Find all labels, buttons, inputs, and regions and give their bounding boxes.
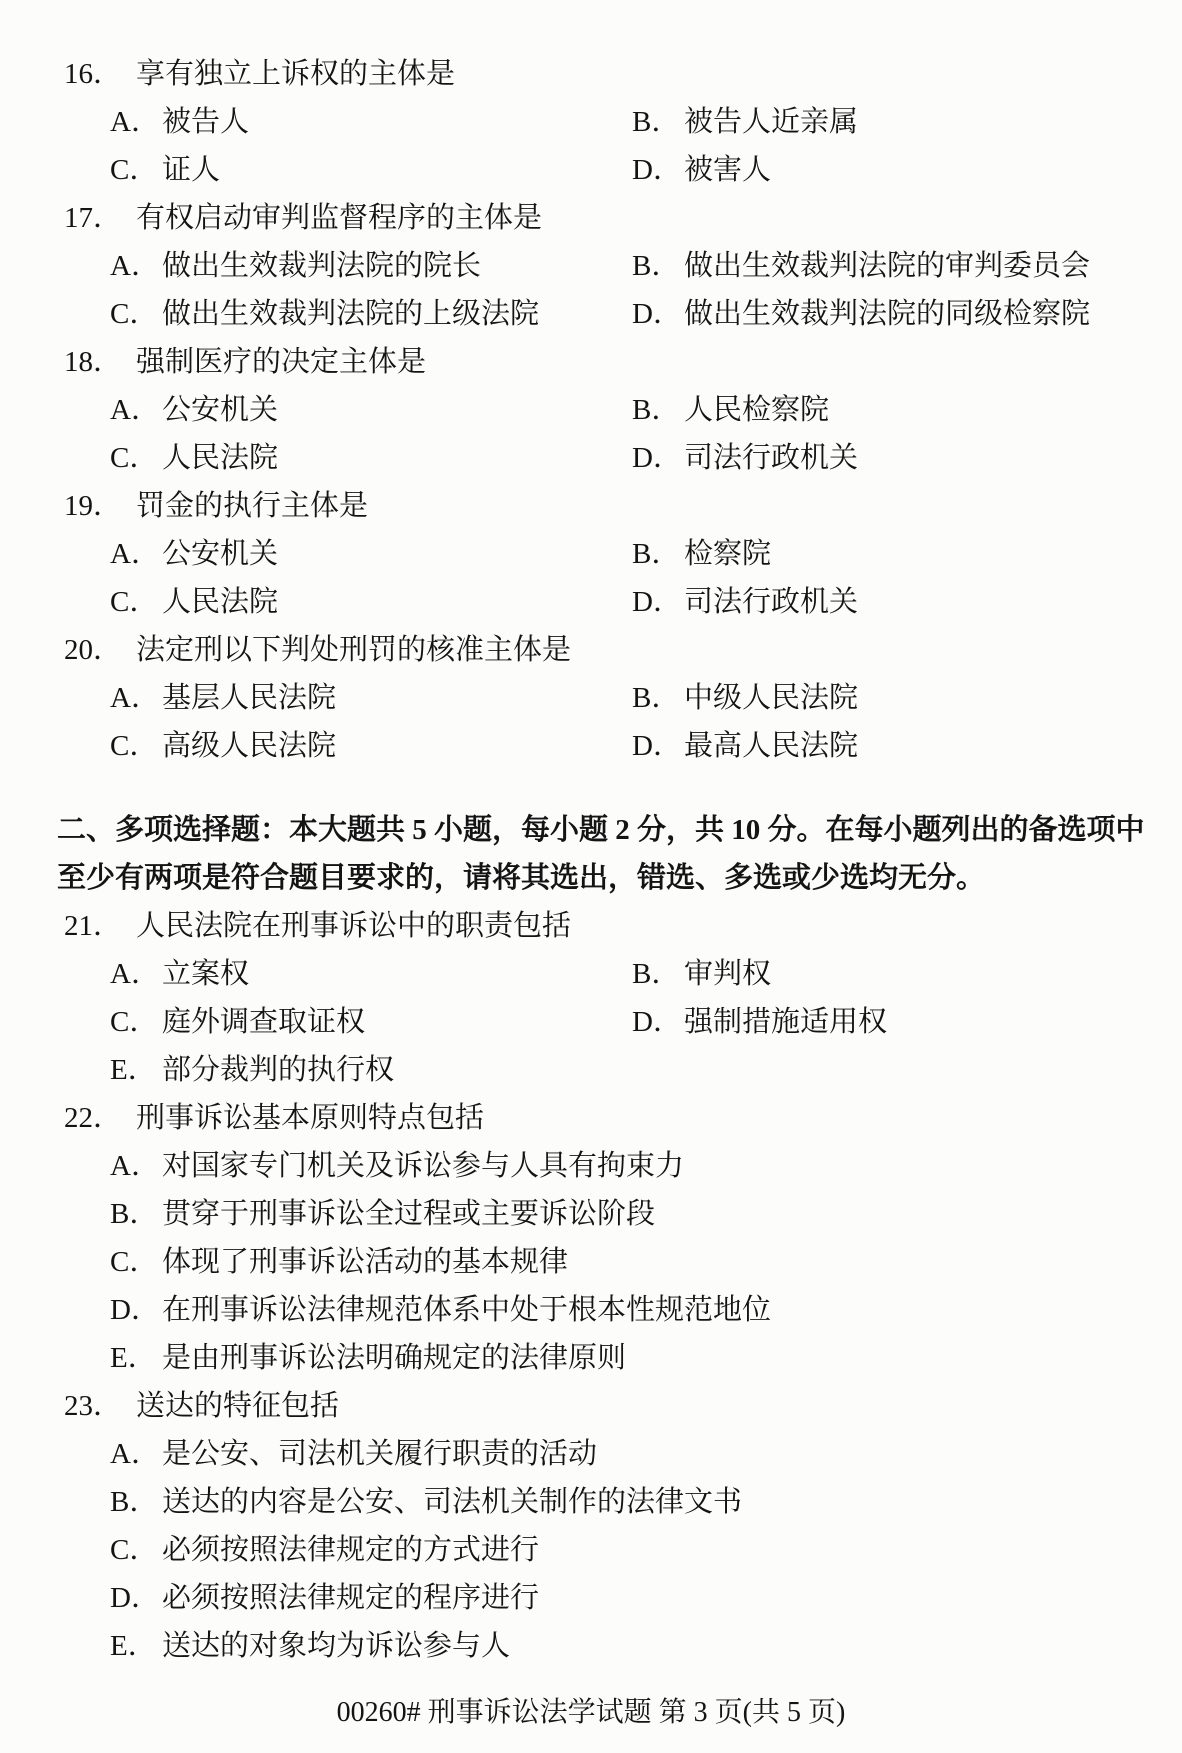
question-stem: 送达的特征包括 <box>136 1390 339 1422</box>
option-key: A． <box>110 530 162 578</box>
option: C．必须按照法律规定的方式进行 <box>110 1534 539 1566</box>
question-number: 19． <box>64 482 136 530</box>
option-key: A． <box>110 98 162 146</box>
content: 16．享有独立上诉权的主体是A．被告人B．被告人近亲属C．证人D．被害人17．有… <box>0 50 1182 1670</box>
option-key: C． <box>110 1526 162 1574</box>
option-row: C．高级人民法院D．最高人民法院 <box>0 722 1182 770</box>
option-key: E． <box>110 1622 162 1670</box>
option-key: D． <box>632 998 684 1046</box>
option-key: D． <box>110 1574 162 1622</box>
option: C．证人 <box>110 154 220 186</box>
option: B．人民检察院 <box>632 386 829 434</box>
option-key: D． <box>632 722 684 770</box>
option: B．被告人近亲属 <box>632 98 858 146</box>
option-text: 基层人民法院 <box>162 682 336 714</box>
option-row: B．贯穿于刑事诉讼全过程或主要诉讼阶段 <box>0 1190 1182 1238</box>
option: D．被害人 <box>632 146 771 194</box>
option-row: A．基层人民法院B．中级人民法院 <box>0 674 1182 722</box>
option: D．必须按照法律规定的程序进行 <box>110 1582 539 1614</box>
option-row: C．证人D．被害人 <box>0 146 1182 194</box>
option: C．庭外调查取证权 <box>110 1006 365 1038</box>
option-text: 司法行政机关 <box>684 586 858 618</box>
option: B．送达的内容是公安、司法机关制作的法律文书 <box>110 1486 742 1518</box>
option-text: 送达的内容是公安、司法机关制作的法律文书 <box>162 1486 742 1518</box>
option: E．是由刑事诉讼法明确规定的法律原则 <box>110 1342 626 1374</box>
option-text: 庭外调查取证权 <box>162 1006 365 1038</box>
option-key: D． <box>632 578 684 626</box>
option-key: C． <box>110 146 162 194</box>
option: E．送达的对象均为诉讼参与人 <box>110 1630 510 1662</box>
option: A．被告人 <box>110 106 249 138</box>
option: D．司法行政机关 <box>632 434 858 482</box>
question-number: 18． <box>64 338 136 386</box>
option-text: 检察院 <box>684 538 771 570</box>
option-row: C．人民法院D．司法行政机关 <box>0 434 1182 482</box>
question-number: 20． <box>64 626 136 674</box>
option-key: B． <box>632 530 684 578</box>
option-text: 必须按照法律规定的程序进行 <box>162 1582 539 1614</box>
option: C．高级人民法院 <box>110 730 336 762</box>
option-key: D． <box>632 146 684 194</box>
option: C．人民法院 <box>110 586 278 618</box>
option: D．在刑事诉讼法律规范体系中处于根本性规范地位 <box>110 1294 771 1326</box>
option: D．做出生效裁判法院的同级检察院 <box>632 290 1090 338</box>
option: E．部分裁判的执行权 <box>110 1054 394 1086</box>
section-gap <box>0 770 1182 806</box>
option-text: 公安机关 <box>162 394 278 426</box>
option-key: B． <box>110 1478 162 1526</box>
option-text: 司法行政机关 <box>684 442 858 474</box>
option-row: C．人民法院D．司法行政机关 <box>0 578 1182 626</box>
option-key: E． <box>110 1046 162 1094</box>
option-text: 送达的对象均为诉讼参与人 <box>162 1630 510 1662</box>
option-key: A． <box>110 386 162 434</box>
option-key: C． <box>110 434 162 482</box>
option-key: A． <box>110 242 162 290</box>
option-text: 最高人民法院 <box>684 730 858 762</box>
question-row: 19．罚金的执行主体是 <box>0 482 1182 530</box>
option: B．做出生效裁判法院的审判委员会 <box>632 242 1090 290</box>
option-row: E．是由刑事诉讼法明确规定的法律原则 <box>0 1334 1182 1382</box>
option-key: C． <box>110 578 162 626</box>
question-row: 18．强制医疗的决定主体是 <box>0 338 1182 386</box>
option-key: E． <box>110 1334 162 1382</box>
option-row: D．必须按照法律规定的程序进行 <box>0 1574 1182 1622</box>
option: A．公安机关 <box>110 538 278 570</box>
option-text: 被告人 <box>162 106 249 138</box>
option: D．最高人民法院 <box>632 722 858 770</box>
option-row: C．体现了刑事诉讼活动的基本规律 <box>0 1238 1182 1286</box>
option-text: 被告人近亲属 <box>684 106 858 138</box>
option: C．人民法院 <box>110 442 278 474</box>
question-stem: 有权启动审判监督程序的主体是 <box>136 202 542 234</box>
option-text: 做出生效裁判法院的院长 <box>162 250 481 282</box>
option-text: 贯穿于刑事诉讼全过程或主要诉讼阶段 <box>162 1198 655 1230</box>
option-key: C． <box>110 290 162 338</box>
option-key: A． <box>110 1430 162 1478</box>
option-row: A．是公安、司法机关履行职责的活动 <box>0 1430 1182 1478</box>
option: A．对国家专门机关及诉讼参与人具有拘束力 <box>110 1150 684 1182</box>
question-stem: 刑事诉讼基本原则特点包括 <box>136 1102 484 1134</box>
question-row: 20．法定刑以下判处刑罚的核准主体是 <box>0 626 1182 674</box>
option-row: E．部分裁判的执行权 <box>0 1046 1182 1094</box>
question-number: 22． <box>64 1094 136 1142</box>
option: C．做出生效裁判法院的上级法院 <box>110 298 539 330</box>
option-row: A．被告人B．被告人近亲属 <box>0 98 1182 146</box>
option-row: C．庭外调查取证权D．强制措施适用权 <box>0 998 1182 1046</box>
option-text: 人民检察院 <box>684 394 829 426</box>
option-text: 是由刑事诉讼法明确规定的法律原则 <box>162 1342 626 1374</box>
option-text: 立案权 <box>162 958 249 990</box>
option: C．体现了刑事诉讼活动的基本规律 <box>110 1246 568 1278</box>
question-stem: 法定刑以下判处刑罚的核准主体是 <box>136 634 571 666</box>
option-key: D． <box>632 434 684 482</box>
option-text: 是公安、司法机关履行职责的活动 <box>162 1438 597 1470</box>
option-row: A．对国家专门机关及诉讼参与人具有拘束力 <box>0 1142 1182 1190</box>
option: A．是公安、司法机关履行职责的活动 <box>110 1438 597 1470</box>
option-text: 在刑事诉讼法律规范体系中处于根本性规范地位 <box>162 1294 771 1326</box>
option-text: 中级人民法院 <box>684 682 858 714</box>
option-text: 对国家专门机关及诉讼参与人具有拘束力 <box>162 1150 684 1182</box>
option-text: 强制措施适用权 <box>684 1006 887 1038</box>
option: A．基层人民法院 <box>110 682 336 714</box>
option-key: C． <box>110 998 162 1046</box>
option-row: A．公安机关B．检察院 <box>0 530 1182 578</box>
page-footer: 00260# 刑事诉讼法学试题 第 3 页(共 5 页) <box>0 1689 1182 1737</box>
option-text: 做出生效裁判法院的上级法院 <box>162 298 539 330</box>
option: B．贯穿于刑事诉讼全过程或主要诉讼阶段 <box>110 1198 655 1230</box>
option-key: B． <box>632 386 684 434</box>
question-number: 17． <box>64 194 136 242</box>
option-key: C． <box>110 722 162 770</box>
question-row: 22．刑事诉讼基本原则特点包括 <box>0 1094 1182 1142</box>
option-text: 被害人 <box>684 154 771 186</box>
question-row: 16．享有独立上诉权的主体是 <box>0 50 1182 98</box>
option: B．中级人民法院 <box>632 674 858 722</box>
option-key: D． <box>110 1286 162 1334</box>
question-stem: 人民法院在刑事诉讼中的职责包括 <box>136 910 571 942</box>
option: B．检察院 <box>632 530 771 578</box>
section-header-line: 至少有两项是符合题目要求的，请将其选出，错选、多选或少选均无分。 <box>0 854 1182 902</box>
option-key: A． <box>110 1142 162 1190</box>
option-text: 证人 <box>162 154 220 186</box>
option-key: B． <box>110 1190 162 1238</box>
option-key: A． <box>110 674 162 722</box>
option-text: 高级人民法院 <box>162 730 336 762</box>
question-stem: 强制医疗的决定主体是 <box>136 346 426 378</box>
option-text: 做出生效裁判法院的同级检察院 <box>684 298 1090 330</box>
exam-page: 16．享有独立上诉权的主体是A．被告人B．被告人近亲属C．证人D．被害人17．有… <box>0 0 1182 1753</box>
option-text: 做出生效裁判法院的审判委员会 <box>684 250 1090 282</box>
option: D．强制措施适用权 <box>632 998 887 1046</box>
option-key: D． <box>632 290 684 338</box>
option-text: 人民法院 <box>162 586 278 618</box>
option: A．公安机关 <box>110 394 278 426</box>
option: A．做出生效裁判法院的院长 <box>110 250 481 282</box>
option-text: 审判权 <box>684 958 771 990</box>
section-header-line: 二、多项选择题：本大题共 5 小题，每小题 2 分，共 10 分。在每小题列出的… <box>0 806 1182 854</box>
option-row: C．做出生效裁判法院的上级法院D．做出生效裁判法院的同级检察院 <box>0 290 1182 338</box>
option: D．司法行政机关 <box>632 578 858 626</box>
question-row: 23．送达的特征包括 <box>0 1382 1182 1430</box>
option-row: E．送达的对象均为诉讼参与人 <box>0 1622 1182 1670</box>
question-row: 21．人民法院在刑事诉讼中的职责包括 <box>0 902 1182 950</box>
option: A．立案权 <box>110 958 249 990</box>
option-key: C． <box>110 1238 162 1286</box>
question-stem: 罚金的执行主体是 <box>136 490 368 522</box>
option-row: D．在刑事诉讼法律规范体系中处于根本性规范地位 <box>0 1286 1182 1334</box>
option-text: 体现了刑事诉讼活动的基本规律 <box>162 1246 568 1278</box>
option-row: C．必须按照法律规定的方式进行 <box>0 1526 1182 1574</box>
question-number: 23． <box>64 1382 136 1430</box>
option-key: B． <box>632 242 684 290</box>
option-text: 人民法院 <box>162 442 278 474</box>
question-row: 17．有权启动审判监督程序的主体是 <box>0 194 1182 242</box>
option-row: B．送达的内容是公安、司法机关制作的法律文书 <box>0 1478 1182 1526</box>
question-number: 16． <box>64 50 136 98</box>
option-key: B． <box>632 950 684 998</box>
question-stem: 享有独立上诉权的主体是 <box>136 58 455 90</box>
option-key: B． <box>632 674 684 722</box>
option-text: 部分裁判的执行权 <box>162 1054 394 1086</box>
option-row: A．立案权B．审判权 <box>0 950 1182 998</box>
option: B．审判权 <box>632 950 771 998</box>
option-row: A．做出生效裁判法院的院长B．做出生效裁判法院的审判委员会 <box>0 242 1182 290</box>
option-key: A． <box>110 950 162 998</box>
option-text: 公安机关 <box>162 538 278 570</box>
option-text: 必须按照法律规定的方式进行 <box>162 1534 539 1566</box>
option-row: A．公安机关B．人民检察院 <box>0 386 1182 434</box>
question-number: 21． <box>64 902 136 950</box>
option-key: B． <box>632 98 684 146</box>
